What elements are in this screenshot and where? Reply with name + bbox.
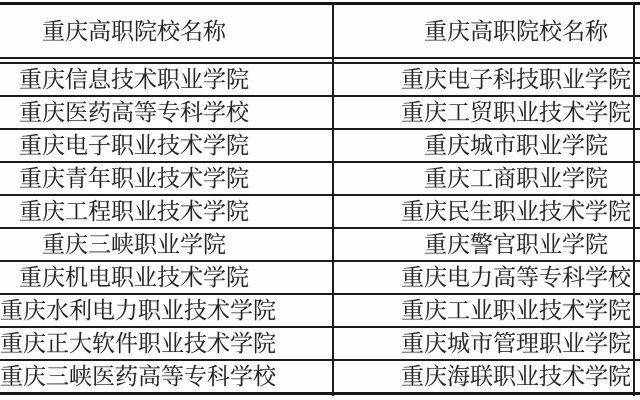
table-body: 重庆信息技术职业学院 重庆电子科技职业学院 重庆医药高等专科学校 重庆工贸职业技…	[0, 64, 640, 395]
cell-left: 重庆青年职业技术学院	[0, 167, 333, 190]
column-divider-line	[332, 2, 334, 396]
table-right-border-line	[633, 2, 635, 396]
cell-right: 重庆工商职业学院	[333, 167, 634, 190]
cell-right: 重庆城市职业学院	[333, 134, 634, 157]
cell-left: 重庆信息技术职业学院	[0, 68, 333, 91]
cell-right: 重庆警官职业学院	[333, 233, 634, 256]
cell-left: 重庆电子职业技术学院	[0, 134, 333, 157]
cell-left: 重庆水利电力职业技术学院	[0, 299, 333, 322]
table-row: 重庆工程职业技术学院 重庆民生职业技术学院	[0, 196, 640, 229]
cell-right: 重庆海联职业技术学院	[333, 365, 634, 388]
colleges-table: 重庆高职院校名称 重庆高职院校名称 重庆信息技术职业学院 重庆电子科技职业学院 …	[0, 2, 640, 395]
table-row: 重庆三峡职业学院 重庆警官职业学院	[0, 229, 640, 262]
cell-right: 重庆电力高等专科学校	[333, 266, 634, 289]
table-row: 重庆机电职业技术学院 重庆电力高等专科学校	[0, 262, 640, 295]
cell-left: 重庆三峡医药高等专科学校	[0, 365, 333, 388]
table-header-row: 重庆高职院校名称 重庆高职院校名称	[0, 5, 640, 59]
cell-right: 重庆电子科技职业学院	[333, 68, 634, 91]
cell-right: 重庆工贸职业技术学院	[333, 101, 634, 124]
table-row: 重庆信息技术职业学院 重庆电子科技职业学院	[0, 64, 640, 97]
header-cell-right: 重庆高职院校名称	[333, 20, 634, 43]
cell-right: 重庆工业职业技术学院	[333, 299, 634, 322]
cell-left: 重庆工程职业技术学院	[0, 200, 333, 223]
cell-left: 重庆机电职业技术学院	[0, 266, 333, 289]
table-row: 重庆医药高等专科学校 重庆工贸职业技术学院	[0, 97, 640, 130]
cell-left: 重庆三峡职业学院	[0, 233, 333, 256]
table-row: 重庆三峡医药高等专科学校 重庆海联职业技术学院	[0, 361, 640, 395]
scanned-document-page: 重庆高职院校名称 重庆高职院校名称 重庆信息技术职业学院 重庆电子科技职业学院 …	[0, 0, 640, 400]
table-row: 重庆水利电力职业技术学院 重庆工业职业技术学院	[0, 295, 640, 328]
header-cell-left: 重庆高职院校名称	[0, 20, 333, 43]
cell-left: 重庆医药高等专科学校	[0, 101, 333, 124]
table-row: 重庆青年职业技术学院 重庆工商职业学院	[0, 163, 640, 196]
cell-right: 重庆民生职业技术学院	[333, 200, 634, 223]
cell-right: 重庆城市管理职业学院	[333, 332, 634, 355]
table-row: 重庆正大软件职业技术学院 重庆城市管理职业学院	[0, 328, 640, 361]
cell-left: 重庆正大软件职业技术学院	[0, 332, 333, 355]
table-row: 重庆电子职业技术学院 重庆城市职业学院	[0, 130, 640, 163]
